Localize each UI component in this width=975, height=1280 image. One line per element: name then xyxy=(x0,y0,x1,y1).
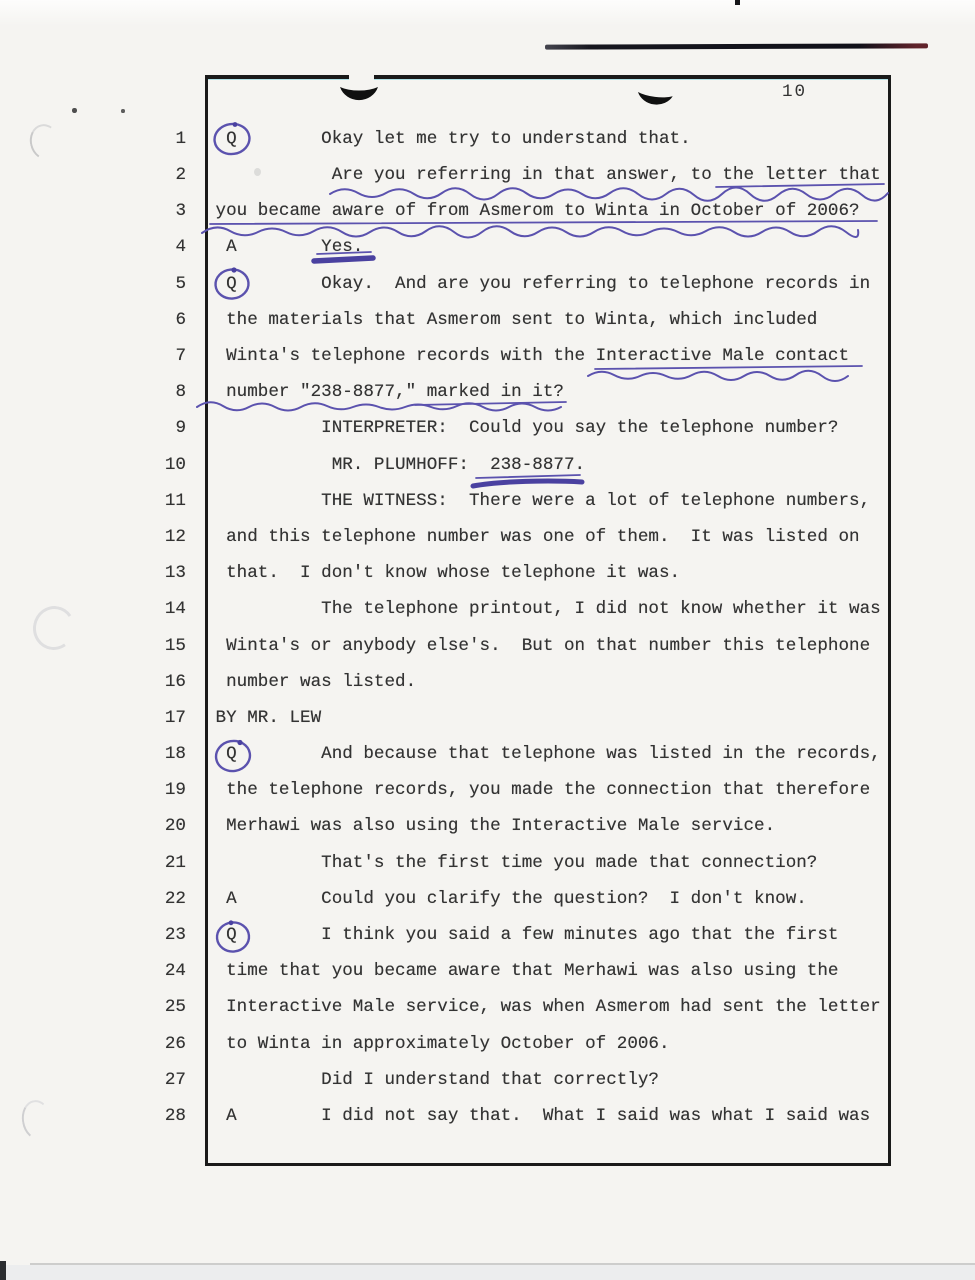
transcript-line: that. I don't know whose telephone it wa… xyxy=(205,555,905,591)
line-number: 22 xyxy=(0,881,186,917)
scan-artifact-dot xyxy=(121,109,125,113)
line-number-column: 1234567891011121314151617181920212223242… xyxy=(0,121,186,1134)
transcript-line: and this telephone number was one of the… xyxy=(205,519,905,555)
transcript-line: A Yes. xyxy=(205,229,905,265)
line-number: 5 xyxy=(0,266,186,302)
transcript-line: the telephone records, you made the conn… xyxy=(205,772,905,808)
transcript-line: THE WITNESS: There were a lot of telepho… xyxy=(205,483,905,519)
transcript-line: Merhawi was also using the Interactive M… xyxy=(205,808,905,844)
transcript-line: Did I understand that correctly? xyxy=(205,1062,905,1098)
transcript-line: number "238-8877," marked in it? xyxy=(205,374,905,410)
line-number: 26 xyxy=(0,1026,186,1062)
transcript-line: Winta's telephone records with the Inter… xyxy=(205,338,905,374)
transcript-line: Q And because that telephone was listed … xyxy=(205,736,905,772)
line-number: 7 xyxy=(0,338,186,374)
scan-bottom-band xyxy=(0,1265,975,1280)
scan-artifact-tick xyxy=(735,0,740,5)
line-number: 17 xyxy=(0,700,186,736)
page-number: 10 xyxy=(782,82,807,102)
transcript-line: The telephone printout, I did not know w… xyxy=(205,591,905,627)
line-number: 18 xyxy=(0,736,186,772)
line-number: 23 xyxy=(0,917,186,953)
line-number: 2 xyxy=(0,157,186,193)
line-number: 24 xyxy=(0,953,186,989)
transcript-line: number was listed. xyxy=(205,664,905,700)
line-number: 10 xyxy=(0,447,186,483)
scanned-deposition-page: 10 1234567891011121314151617181920212223… xyxy=(0,0,975,1280)
transcript-line: Winta's or anybody else's. But on that n… xyxy=(205,628,905,664)
scan-artifact-top-line xyxy=(545,43,928,49)
line-number: 20 xyxy=(0,808,186,844)
line-number: 8 xyxy=(0,374,186,410)
scan-bottom-corner xyxy=(0,1261,6,1280)
line-number: 3 xyxy=(0,193,186,229)
line-number: 25 xyxy=(0,989,186,1025)
transcript-line: That's the first time you made that conn… xyxy=(205,845,905,881)
line-number: 27 xyxy=(0,1062,186,1098)
line-number: 4 xyxy=(0,229,186,265)
line-number: 16 xyxy=(0,664,186,700)
scan-artifact-dot xyxy=(72,108,77,113)
transcript-line: to Winta in approximately October of 200… xyxy=(205,1026,905,1062)
transcript-text: Q Okay let me try to understand that. Ar… xyxy=(205,121,905,1134)
line-number: 14 xyxy=(0,591,186,627)
line-number: 11 xyxy=(0,483,186,519)
transcript-line: the materials that Asmerom sent to Winta… xyxy=(205,302,905,338)
transcript-line: Interactive Male service, was when Asmer… xyxy=(205,989,905,1025)
transcript-line: INTERPRETER: Could you say the telephone… xyxy=(205,410,905,446)
line-number: 21 xyxy=(0,845,186,881)
line-number: 19 xyxy=(0,772,186,808)
transcript-line: A Could you clarify the question? I don'… xyxy=(205,881,905,917)
transcript-line: BY MR. LEW xyxy=(205,700,905,736)
line-number: 28 xyxy=(0,1098,186,1134)
line-number: 9 xyxy=(0,410,186,446)
transcript-line: MR. PLUMHOFF: 238-8877. xyxy=(205,447,905,483)
transcript-line: Q Okay let me try to understand that. xyxy=(205,121,905,157)
line-number: 15 xyxy=(0,628,186,664)
line-number: 12 xyxy=(0,519,186,555)
line-number: 6 xyxy=(0,302,186,338)
transcript-line: you became aware of from Asmerom to Wint… xyxy=(205,193,905,229)
border-notch xyxy=(349,73,374,81)
transcript-line: Q Okay. And are you referring to telepho… xyxy=(205,266,905,302)
transcript-line: Are you referring in that answer, to the… xyxy=(205,157,905,193)
transcript-line: A I did not say that. What I said was wh… xyxy=(205,1098,905,1134)
transcript-line: Q I think you said a few minutes ago tha… xyxy=(205,917,905,953)
line-number: 13 xyxy=(0,555,186,591)
line-number: 1 xyxy=(0,121,186,157)
transcript-line: time that you became aware that Merhawi … xyxy=(205,953,905,989)
